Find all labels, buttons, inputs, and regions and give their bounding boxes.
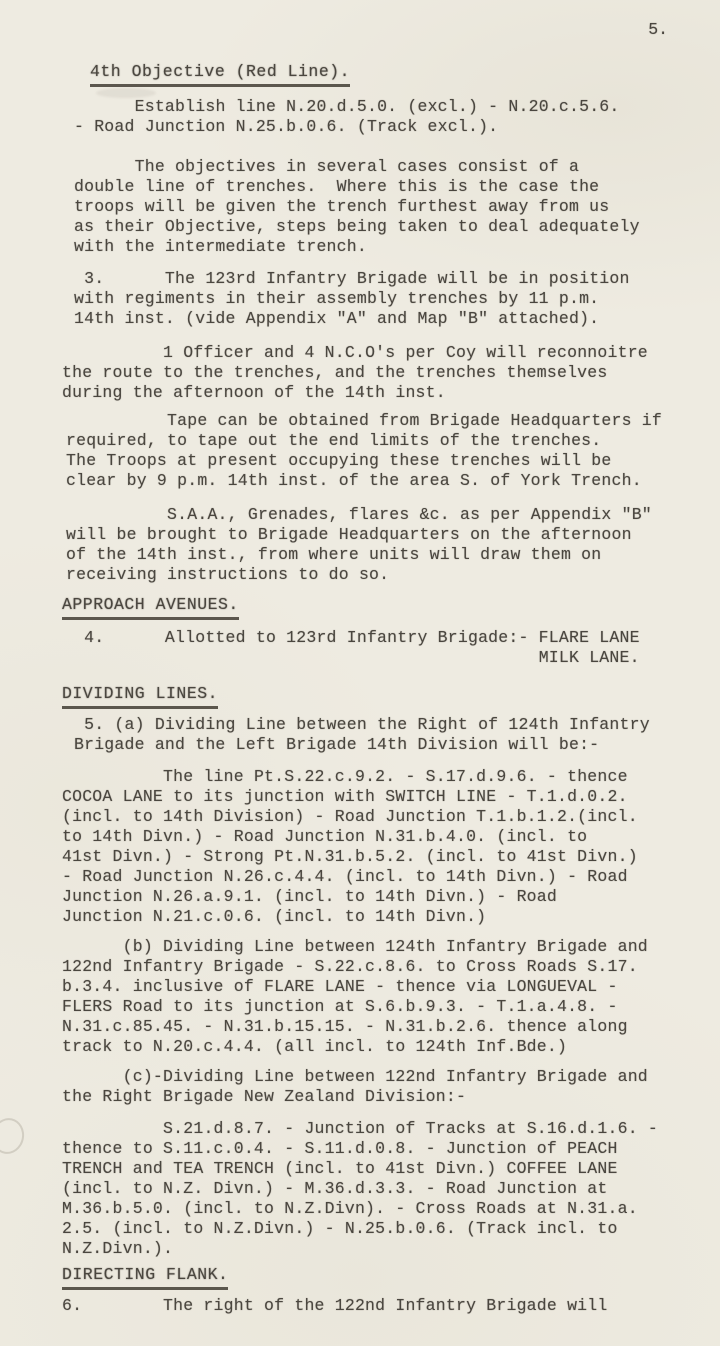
section-heading-directing-flank: DIRECTING FLANK. bbox=[62, 1265, 228, 1290]
section-heading-objective: 4th Objective (Red Line). bbox=[90, 62, 350, 87]
paragraph-dividing-line-b: (b) Dividing Line between 124th Infantry… bbox=[62, 937, 686, 1057]
paragraph-brigade-position: 3. The 123rd Infantry Brigade will be in… bbox=[74, 269, 686, 329]
paper-stain-mark bbox=[0, 1115, 27, 1157]
paragraph-saa-supplies: S.A.A., Grenades, flares &c. as per Appe… bbox=[66, 505, 686, 585]
paragraph-dividing-line-c: S.21.d.8.7. - Junction of Tracks at S.16… bbox=[62, 1119, 686, 1259]
paragraph-objectives-note: The objectives in several cases consist … bbox=[74, 157, 686, 257]
page-number: 5. bbox=[648, 20, 668, 40]
document-page: 5. 4th Objective (Red Line). Establish l… bbox=[0, 0, 720, 1346]
paragraph-tape: Tape can be obtained from Brigade Headqu… bbox=[66, 411, 686, 491]
paragraph-dividing-line-a: The line Pt.S.22.c.9.2. - S.17.d.9.6. - … bbox=[62, 767, 686, 927]
paragraph-dividing-line-c-intro: (c)-Dividing Line between 122nd Infantry… bbox=[62, 1067, 686, 1107]
section-heading-dividing-lines: DIVIDING LINES. bbox=[62, 684, 218, 709]
paragraph-dividing-intro: 5. (a) Dividing Line between the Right o… bbox=[74, 715, 686, 755]
section-heading-approach-avenues: APPROACH AVENUES. bbox=[62, 595, 239, 620]
paragraph-directing-flank: 6. The right of the 122nd Infantry Briga… bbox=[62, 1296, 686, 1316]
paragraph-approach-allotment: 4. Allotted to 123rd Infantry Brigade:- … bbox=[74, 628, 686, 668]
paragraph-establish-line: Establish line N.20.d.5.0. (excl.) - N.2… bbox=[74, 97, 686, 137]
paper-smudge bbox=[96, 88, 156, 98]
paragraph-reconnaissance: 1 Officer and 4 N.C.O's per Coy will rec… bbox=[62, 343, 686, 403]
